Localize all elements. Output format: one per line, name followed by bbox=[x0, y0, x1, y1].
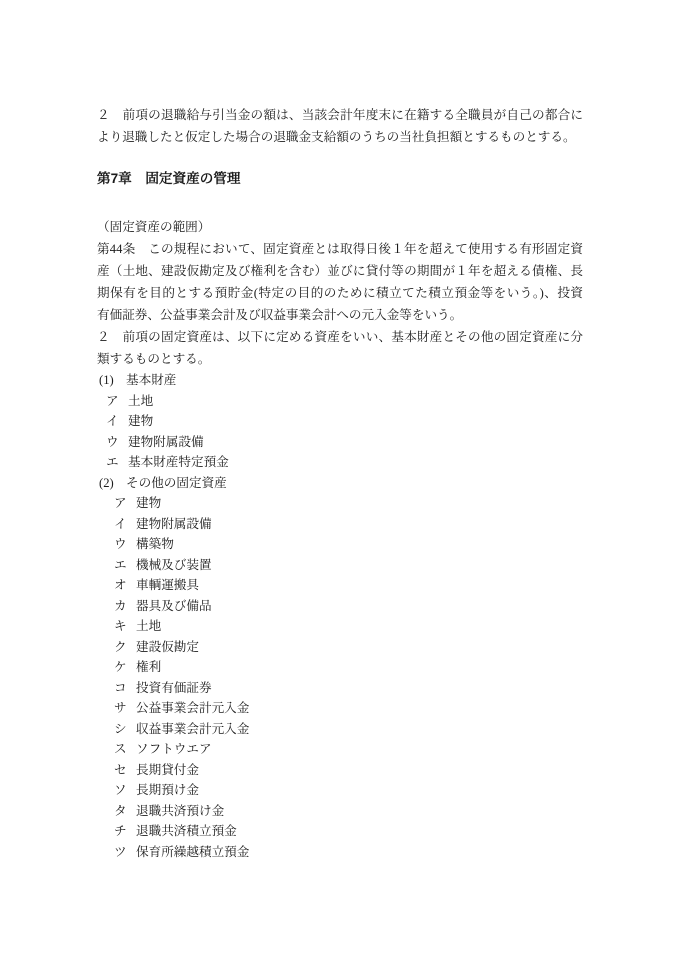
list-item-letter: ア bbox=[114, 493, 128, 514]
list-item-letter: シ bbox=[114, 719, 128, 740]
list-item-label: 長期貸付金 bbox=[136, 760, 199, 781]
list-item-letter: ウ bbox=[114, 534, 128, 555]
list-item-label: 収益事業会計元入金 bbox=[136, 719, 249, 740]
list-item-letter: ソ bbox=[114, 780, 128, 801]
paragraph-classification: ２ 前項の固定資産は、以下に定める資産をいい、基本財産とその他の固定資産に分類す… bbox=[97, 326, 583, 370]
list-item-label: 建物附属設備 bbox=[128, 432, 204, 453]
list-item: サ公益事業会計元入金 bbox=[97, 698, 583, 719]
list-item-letter: カ bbox=[114, 596, 128, 617]
list-item-label: 建設仮勘定 bbox=[136, 637, 199, 658]
paragraph-line: 産（土地、建設仮勘定及び権利を含む）並びに貸付等の期間が１年を超える債権、長 bbox=[97, 260, 583, 282]
list-title: 基本財産 bbox=[126, 370, 176, 391]
paragraph-line: ２ 前項の退職給与引当金の額は、当該会計年度末に在籍する全職員が自己の都合に bbox=[97, 104, 583, 126]
list-item: チ退職共済積立預金 bbox=[97, 821, 583, 842]
list-item-letter: ツ bbox=[114, 842, 128, 863]
list-item-label: 車輌運搬具 bbox=[136, 575, 199, 596]
list-item-letter: キ bbox=[114, 616, 128, 637]
list-item-label: 権利 bbox=[136, 657, 161, 678]
section-label: （固定資産の範囲） bbox=[97, 216, 583, 238]
list-item-label: 基本財産特定預金 bbox=[128, 452, 229, 473]
list-item-letter: チ bbox=[114, 821, 128, 842]
list-item: ケ権利 bbox=[97, 657, 583, 678]
list-item-label: 公益事業会計元入金 bbox=[136, 698, 249, 719]
list-item-letter: ケ bbox=[114, 657, 128, 678]
chapter-heading: 第7章 固定資産の管理 bbox=[97, 168, 583, 190]
list-basic-assets: (1)基本財産 ア土地 イ建物 ウ建物附属設備 エ基本財産特定預金 bbox=[97, 370, 583, 473]
list-item: セ長期貸付金 bbox=[97, 760, 583, 781]
list-item: キ土地 bbox=[97, 616, 583, 637]
list-item-letter: イ bbox=[114, 514, 128, 535]
list-item-label: 土地 bbox=[136, 616, 161, 637]
paragraph-line: 第44条 この規程において、固定資産とは取得日後１年を超えて使用する有形固定資 bbox=[97, 238, 583, 260]
list-title: その他の固定資産 bbox=[126, 473, 227, 494]
paragraph-line: より退職したと仮定した場合の退職金支給額のうちの当社負担額とするものとする。 bbox=[97, 126, 583, 148]
list-item-letter: サ bbox=[114, 698, 128, 719]
list-item-label: 建物 bbox=[136, 493, 161, 514]
list-basic-assets-header: (1)基本財産 bbox=[97, 370, 583, 391]
list-item-letter: ク bbox=[114, 637, 128, 658]
list-other-fixed-assets-items: ア建物 イ建物附属設備 ウ構築物 エ機械及び装置 オ車輌運搬具 カ器具及び備品 … bbox=[97, 493, 583, 862]
list-item: ア土地 bbox=[97, 391, 583, 412]
list-item: ウ建物附属設備 bbox=[97, 432, 583, 453]
list-item: タ退職共済預け金 bbox=[97, 801, 583, 822]
list-item-label: 器具及び備品 bbox=[136, 596, 212, 617]
list-item-label: 保育所繰越積立預金 bbox=[136, 842, 249, 863]
list-item-label: 建物 bbox=[128, 411, 153, 432]
list-number: (1) bbox=[99, 370, 117, 391]
list-item-label: 建物附属設備 bbox=[136, 514, 212, 535]
list-other-fixed-assets-header: (2)その他の固定資産 bbox=[97, 473, 583, 494]
list-item-letter: エ bbox=[106, 452, 120, 473]
list-item-label: 機械及び装置 bbox=[136, 555, 212, 576]
list-item-label: ソフトウエア bbox=[136, 739, 212, 760]
list-item: ウ構築物 bbox=[97, 534, 583, 555]
list-item: ク建設仮勘定 bbox=[97, 637, 583, 658]
list-item: スソフトウエア bbox=[97, 739, 583, 760]
list-item-label: 構築物 bbox=[136, 534, 174, 555]
list-item: イ建物 bbox=[97, 411, 583, 432]
list-item-letter: イ bbox=[106, 411, 120, 432]
paragraph-retirement-allowance: ２ 前項の退職給与引当金の額は、当該会計年度末に在籍する全職員が自己の都合により… bbox=[97, 104, 583, 148]
list-item: カ器具及び備品 bbox=[97, 596, 583, 617]
paragraph-line: 類するものとする。 bbox=[97, 348, 583, 370]
list-basic-assets-items: ア土地 イ建物 ウ建物附属設備 エ基本財産特定預金 bbox=[97, 391, 583, 473]
list-item-letter: コ bbox=[114, 678, 128, 699]
list-item: ソ長期預け金 bbox=[97, 780, 583, 801]
list-item-letter: エ bbox=[114, 555, 128, 576]
list-item: エ基本財産特定預金 bbox=[97, 452, 583, 473]
list-item: エ機械及び装置 bbox=[97, 555, 583, 576]
list-item-label: 長期預け金 bbox=[136, 780, 199, 801]
paragraph-article-44: 第44条 この規程において、固定資産とは取得日後１年を超えて使用する有形固定資産… bbox=[97, 238, 583, 326]
list-item-label: 退職共済預け金 bbox=[136, 801, 224, 822]
paragraph-line: ２ 前項の固定資産は、以下に定める資産をいい、基本財産とその他の固定資産に分 bbox=[97, 326, 583, 348]
list-item: コ投資有価証券 bbox=[97, 678, 583, 699]
list-item-letter: タ bbox=[114, 801, 128, 822]
list-item-label: 投資有価証券 bbox=[136, 678, 212, 699]
list-number: (2) bbox=[99, 473, 117, 494]
list-item-letter: オ bbox=[114, 575, 128, 596]
list-item: イ建物附属設備 bbox=[97, 514, 583, 535]
document-page: ２ 前項の退職給与引当金の額は、当該会計年度末に在籍する全職員が自己の都合により… bbox=[0, 0, 680, 962]
paragraph-line: 有価証券、公益事業会計及び収益事業会計への元入金等をいう。 bbox=[97, 304, 583, 326]
list-item-letter: ス bbox=[114, 739, 128, 760]
list-item: ア建物 bbox=[97, 493, 583, 514]
list-item: オ車輌運搬具 bbox=[97, 575, 583, 596]
paragraph-line: 期保有を目的とする預貯金(特定の目的のために積立てた積立預金等をいう。)、投資 bbox=[97, 282, 583, 304]
list-item-label: 土地 bbox=[128, 391, 153, 412]
list-other-fixed-assets: (2)その他の固定資産 ア建物 イ建物附属設備 ウ構築物 エ機械及び装置 オ車輌… bbox=[97, 473, 583, 863]
list-item: シ収益事業会計元入金 bbox=[97, 719, 583, 740]
list-item: ツ保育所繰越積立預金 bbox=[97, 842, 583, 863]
list-item-letter: ウ bbox=[106, 432, 120, 453]
list-item-letter: セ bbox=[114, 760, 128, 781]
list-item-letter: ア bbox=[106, 391, 120, 412]
list-item-label: 退職共済積立預金 bbox=[136, 821, 237, 842]
